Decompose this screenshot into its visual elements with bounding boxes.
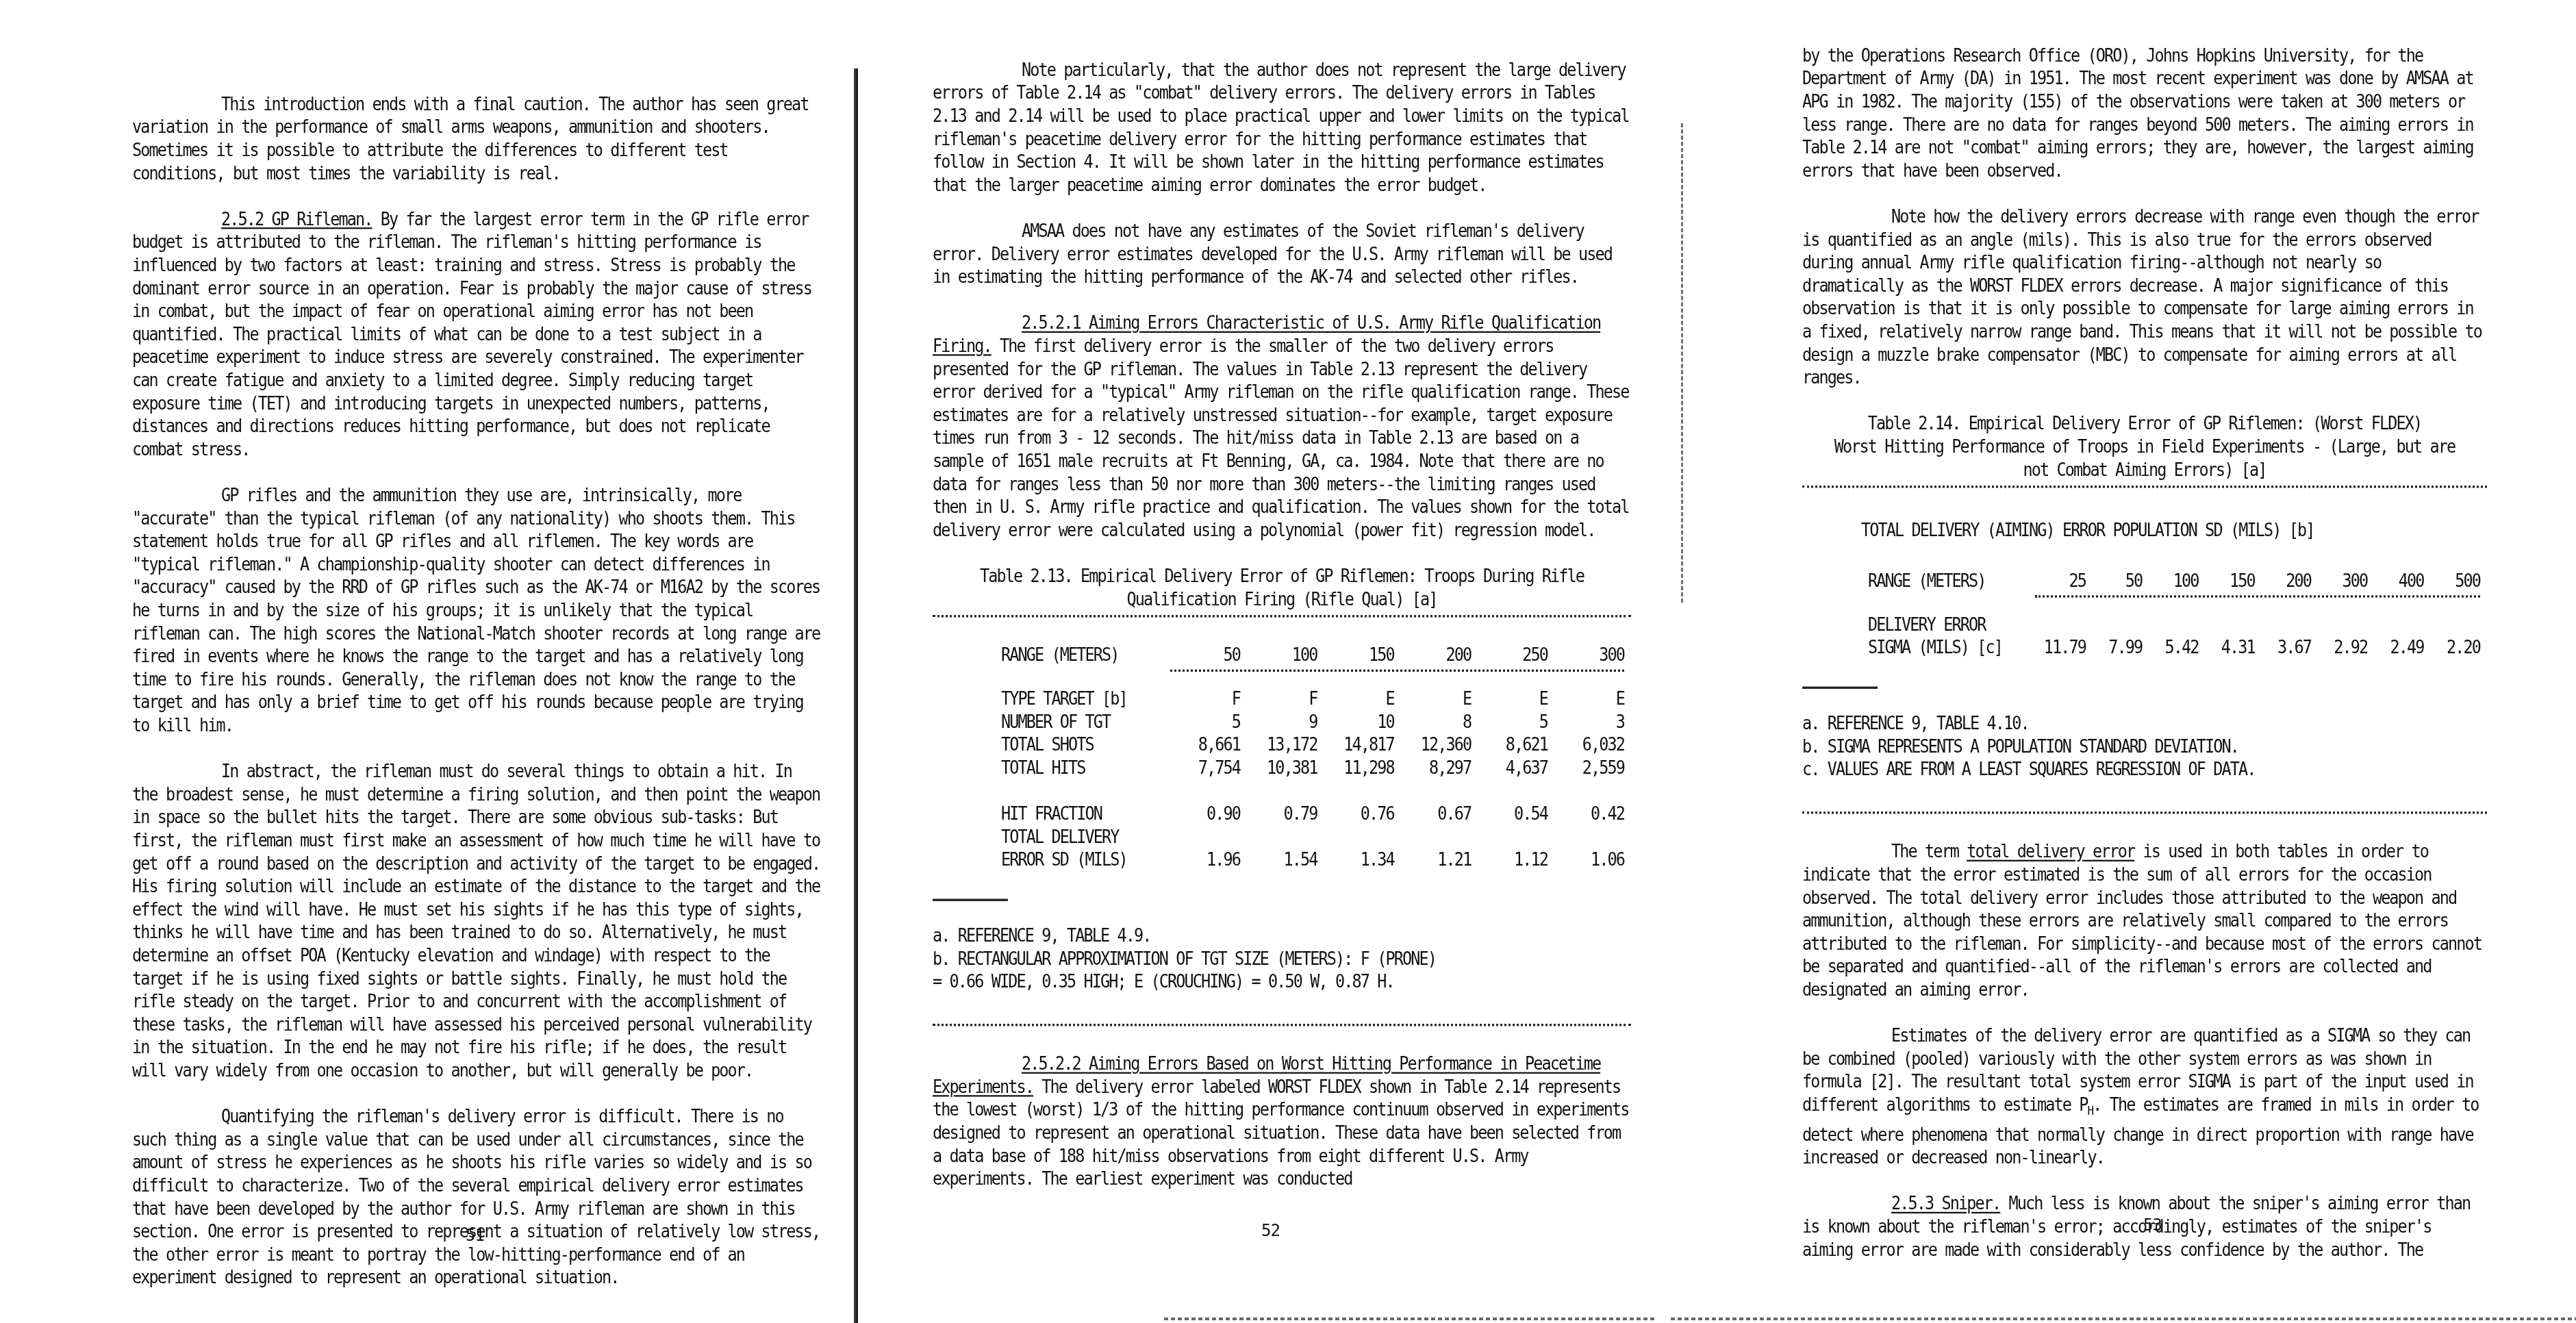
page-53-body: by the Operations Research Office (ORO),… <box>1802 44 2487 1284</box>
table-cell: 3.67 <box>2262 636 2318 659</box>
paragraph-amsaa-estimates: AMSAA does not have any estimates of the… <box>933 219 1631 288</box>
table-cell: E <box>1324 687 1400 710</box>
table-cell: E <box>1401 687 1478 710</box>
paragraph-total-delivery-error: The term total delivery error is used in… <box>1802 840 2487 1001</box>
table-cell: 8,297 <box>1401 756 1478 779</box>
paragraph-text: The term <box>1891 841 1967 862</box>
table-cell: 2,559 <box>1554 756 1631 779</box>
paragraph-text: The first delivery error is the smaller … <box>933 335 1629 540</box>
paragraph-gp-rifleman: 2.5.2 GP Rifleman. By far the largest er… <box>132 207 824 461</box>
table-cell: 7,754 <box>1170 756 1247 779</box>
table-spacer-row <box>1001 779 1631 803</box>
table-cell: RANGE (METERS) <box>1001 644 1170 667</box>
table-cell: 9 <box>1247 710 1324 733</box>
paragraph-text: By far the largest error term in the GP … <box>132 208 811 459</box>
table-cell: 8,661 <box>1170 733 1247 757</box>
page-number: 51 <box>466 1226 484 1245</box>
table-cell: 0.90 <box>1170 802 1247 825</box>
paragraph-sigma-estimates: Estimates of the delivery error are quan… <box>1802 1024 2487 1168</box>
table-cell: 0.67 <box>1401 802 1478 825</box>
table-cell: 25 <box>2035 569 2093 592</box>
table-row: SIGMA (MILS) [c] 11.797.995.424.313.672.… <box>1868 636 2487 659</box>
paragraph-2-5-2-2: 2.5.2.2 Aiming Errors Based on Worst Hit… <box>933 1053 1631 1191</box>
table-2-14-caption: Table 2.14. Empirical Delivery Error of … <box>1802 412 2487 481</box>
page-51: This introduction ends with a final caut… <box>0 0 856 1323</box>
table-cell <box>1554 825 1631 848</box>
page-spine-shadow <box>854 68 858 1323</box>
table-cell: 1.96 <box>1170 848 1247 872</box>
table-cell: RANGE (METERS) <box>1868 569 2035 592</box>
table-cell: 1.21 <box>1401 848 1478 872</box>
table-row: DELIVERY ERROR <box>1868 613 2487 636</box>
footnote-rule <box>1802 687 1878 689</box>
table-cell: E <box>1478 687 1554 710</box>
table-cell: F <box>1247 687 1324 710</box>
scan-edge <box>1671 1318 2576 1320</box>
table-cell <box>1478 825 1554 848</box>
table-cell: 500 <box>2431 569 2487 592</box>
table-end-rule <box>933 1024 1631 1026</box>
table-cell: 14,817 <box>1324 733 1400 757</box>
table-cell: 1.54 <box>1247 848 1324 872</box>
table-rule <box>1802 486 2487 488</box>
table-cell: 5.42 <box>2149 636 2205 659</box>
table-cell: 10,381 <box>1247 756 1324 779</box>
table-cell: 250 <box>1478 644 1554 667</box>
page-52-body: Note particularly, that the author does … <box>933 58 1631 1213</box>
footnote-a: a. REFERENCE 9, TABLE 4.9. <box>933 924 1631 947</box>
paragraph-text: is used in both tables in order to indic… <box>1802 841 2482 1000</box>
table-cell: TOTAL HITS <box>1001 756 1170 779</box>
table-row: TOTAL HITS7,75410,38111,2988,2974,6372,5… <box>1001 756 1631 779</box>
table-row: TYPE TARGET [b]FFEEEE <box>1001 687 1631 710</box>
paragraph-intro-caution: This introduction ends with a final caut… <box>132 92 824 184</box>
table-cell <box>1324 825 1400 848</box>
paragraph-quantifying-error: Quantifying the rifleman's delivery erro… <box>132 1105 824 1289</box>
table-2-14: RANGE (METERS) 2550100150200300400500 DE… <box>1868 569 2487 659</box>
table-cell: SIGMA (MILS) [c] <box>1868 636 2035 659</box>
table-body: TYPE TARGET [b]FFEEEENUMBER OF TGT591085… <box>1001 687 1631 871</box>
table-row: RANGE (METERS) 2550100150200300400500 <box>1868 569 2487 592</box>
table-cell: TYPE TARGET [b] <box>1001 687 1170 710</box>
page-52: Note particularly, that the author does … <box>864 0 1672 1323</box>
table-cell: 1.34 <box>1324 848 1400 872</box>
table-cell: 50 <box>2093 569 2149 592</box>
table-cell: ERROR SD (MILS) <box>1001 848 1170 872</box>
footnote-c: c. VALUES ARE FROM A LEAST SQUARES REGRE… <box>1802 758 2487 781</box>
paragraph-text: The delivery error labeled WORST FLDEX s… <box>933 1076 1629 1189</box>
term-total-delivery-error: total delivery error <box>1967 841 2134 862</box>
table-cell: 5 <box>1170 710 1247 733</box>
table-cell: 10 <box>1324 710 1400 733</box>
table-cell: 2.92 <box>2318 636 2374 659</box>
page-number: 53 <box>2143 1215 2162 1235</box>
table-cell: 5 <box>1478 710 1554 733</box>
table-cell <box>1247 825 1324 848</box>
table-rule <box>2035 595 2480 597</box>
table-2-13: RANGE (METERS) 50 100 150 200 250 300 TY… <box>1001 644 1631 872</box>
table-2-14-subtitle: TOTAL DELIVERY (AIMING) ERROR POPULATION… <box>1861 518 2487 542</box>
table-cell: 1.12 <box>1478 848 1554 872</box>
table-cell: 200 <box>2262 569 2318 592</box>
table-cell: 11,298 <box>1324 756 1400 779</box>
footnote-a: a. REFERENCE 9, TABLE 4.10. <box>1802 712 2487 735</box>
table-cell: TOTAL DELIVERY <box>1001 825 1170 848</box>
table-cell: 300 <box>2318 569 2374 592</box>
section-heading-2-5-2: 2.5.2 GP Rifleman. <box>221 208 372 229</box>
table-row: TOTAL DELIVERY <box>1001 825 1631 848</box>
table-rule-row <box>1868 592 2487 613</box>
table-row: TOTAL SHOTS8,66113,17214,81712,3608,6216… <box>1001 733 1631 757</box>
paragraph-abstract-tasks: In abstract, the rifleman must do severa… <box>132 759 824 1081</box>
paragraph-note-particularly: Note particularly, that the author does … <box>933 58 1631 197</box>
table-cell <box>1170 825 1247 848</box>
table-end-rule <box>1802 811 2487 814</box>
table-row: ERROR SD (MILS)1.961.541.341.211.121.06 <box>1001 848 1631 872</box>
table-2-13-caption: Table 2.13. Empirical Delivery Error of … <box>933 564 1631 610</box>
table-cell: HIT FRACTION <box>1001 802 1170 825</box>
footnote-b: b. RECTANGULAR APPROXIMATION OF TGT SIZE… <box>933 947 1631 993</box>
footnote-rule <box>933 899 1008 901</box>
table-cell: 4,637 <box>1478 756 1554 779</box>
page-53: by the Operations Research Office (ORO),… <box>1678 0 2576 1323</box>
table-cell: 400 <box>2374 569 2430 592</box>
section-heading-2-5-3: 2.5.3 Sniper. <box>1891 1192 2000 1213</box>
table-cell: 300 <box>1554 644 1631 667</box>
table-cell: 4.31 <box>2205 636 2261 659</box>
table-cell: 11.79 <box>2035 636 2093 659</box>
table-cell: 150 <box>1324 644 1400 667</box>
paragraph-2-5-2-1: 2.5.2.1 Aiming Errors Characteristic of … <box>933 312 1631 542</box>
page-number: 52 <box>1261 1221 1280 1240</box>
table-cell: 6,032 <box>1554 733 1631 757</box>
table-cell: 0.54 <box>1478 802 1554 825</box>
paragraph-oro-continued: by the Operations Research Office (ORO),… <box>1802 44 2487 182</box>
table-rule <box>1170 670 1624 672</box>
paragraph-gp-rifles-accuracy: GP rifles and the ammunition they use ar… <box>132 483 824 737</box>
table-row: RANGE (METERS) 50 100 150 200 250 300 <box>1001 644 1631 667</box>
table-cell: NUMBER OF TGT <box>1001 710 1170 733</box>
table-cell: 100 <box>1247 644 1324 667</box>
table-row: HIT FRACTION0.900.790.760.670.540.42 <box>1001 802 1631 825</box>
table-cell: 13,172 <box>1247 733 1324 757</box>
table-rule-row <box>1001 666 1631 687</box>
table-cell: 0.79 <box>1247 802 1324 825</box>
table-cell: 1.06 <box>1554 848 1631 872</box>
table-cell: E <box>1554 687 1631 710</box>
table-cell: 12,360 <box>1401 733 1478 757</box>
table-cell: F <box>1170 687 1247 710</box>
table-cell: 2.20 <box>2431 636 2487 659</box>
paragraph-errors-decrease: Note how the delivery errors decrease wi… <box>1802 205 2487 389</box>
table-cell: 100 <box>2149 569 2205 592</box>
table-cell: 50 <box>1170 644 1247 667</box>
table-cell <box>1401 825 1478 848</box>
footnote-b: b. SIGMA REPRESENTS A POPULATION STANDAR… <box>1802 735 2487 758</box>
table-cell: 3 <box>1554 710 1631 733</box>
table-row: NUMBER OF TGT5910853 <box>1001 710 1631 733</box>
table-cell: DELIVERY ERROR <box>1868 613 2035 636</box>
table-cell: 0.76 <box>1324 802 1400 825</box>
table-cell: TOTAL SHOTS <box>1001 733 1170 757</box>
table-cell: 7.99 <box>2093 636 2149 659</box>
table-cell: 200 <box>1401 644 1478 667</box>
table-cell: 8,621 <box>1478 733 1554 757</box>
table-cell: 8 <box>1401 710 1478 733</box>
table-cell: 150 <box>2205 569 2261 592</box>
table-cell: 0.42 <box>1554 802 1631 825</box>
table-cell: 2.49 <box>2374 636 2430 659</box>
table-rule <box>933 615 1631 617</box>
page-51-body: This introduction ends with a final caut… <box>132 92 824 1312</box>
